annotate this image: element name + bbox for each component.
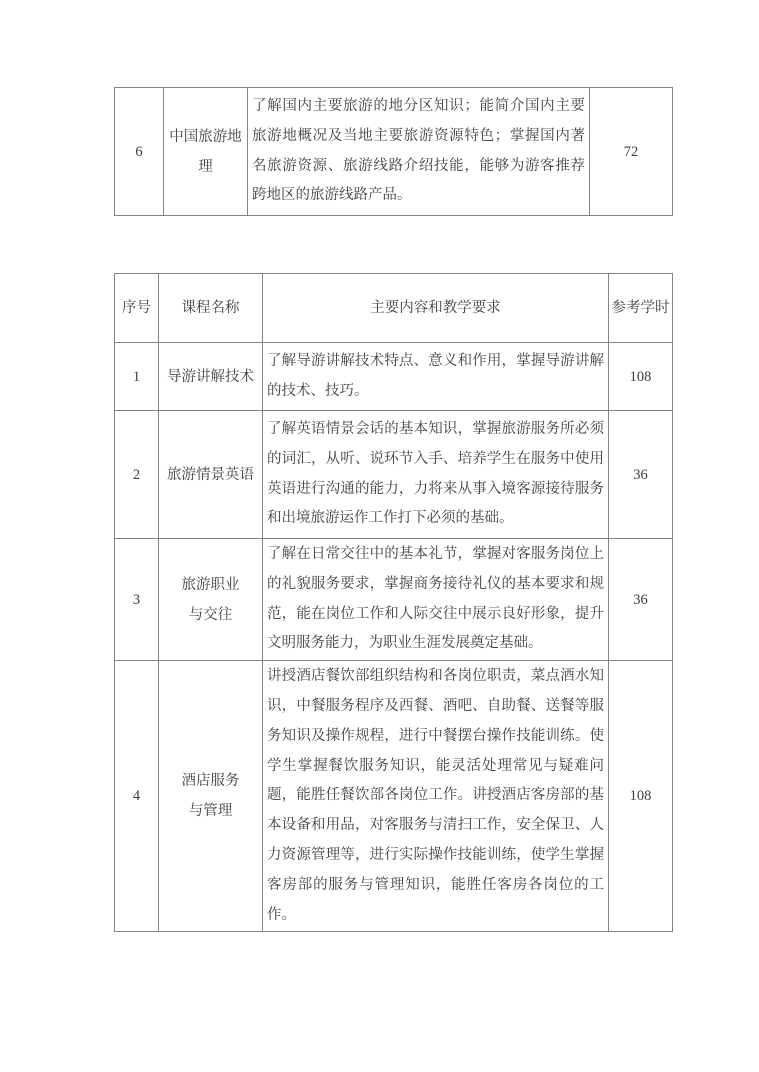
course-hours: 108 bbox=[609, 343, 673, 411]
course-no: 3 bbox=[115, 539, 159, 661]
header-content: 主要内容和教学要求 bbox=[263, 274, 609, 343]
document-page: 6 中国旅游地理 了解国内主要旅游的地分区知识；能简介国内主要旅游地概况及当地主… bbox=[0, 0, 759, 1072]
course-table: 序号 课程名称 主要内容和教学要求 参考学时 1 导游讲解技术 了解导游讲解技术… bbox=[114, 273, 673, 932]
course-hours: 72 bbox=[590, 88, 673, 216]
table-row: 2 旅游情景英语 了解英语情景会话的基本知识，掌握旅游服务所必须的词汇，从听、说… bbox=[115, 411, 673, 539]
header-course-name: 课程名称 bbox=[159, 274, 263, 343]
course-hours: 108 bbox=[609, 661, 673, 932]
course-content: 了解在日常交往中的基本礼节，掌握对客服务岗位上的礼貌服务要求，掌握商务接待礼仪的… bbox=[263, 539, 609, 661]
table-row: 3 旅游职业 与交往 了解在日常交往中的基本礼节，掌握对客服务岗位上的礼貌服务要… bbox=[115, 539, 673, 661]
course-content: 讲授酒店餐饮部组织结构和各岗位职责，菜点酒水知识，中餐服务程序及西餐、酒吧、自助… bbox=[263, 661, 609, 932]
course-no: 4 bbox=[115, 661, 159, 932]
table-row: 6 中国旅游地理 了解国内主要旅游的地分区知识；能简介国内主要旅游地概况及当地主… bbox=[115, 88, 673, 216]
course-hours: 36 bbox=[609, 411, 673, 539]
course-name: 中国旅游地理 bbox=[164, 88, 248, 216]
course-hours: 36 bbox=[609, 539, 673, 661]
course-name: 旅游情景英语 bbox=[159, 411, 263, 539]
course-table-continuation: 6 中国旅游地理 了解国内主要旅游的地分区知识；能简介国内主要旅游地概况及当地主… bbox=[114, 87, 673, 216]
header-hours: 参考学时 bbox=[609, 274, 673, 343]
course-name: 旅游职业 与交往 bbox=[159, 539, 263, 661]
course-content: 了解国内主要旅游的地分区知识；能简介国内主要旅游地概况及当地主要旅游资源特色；掌… bbox=[248, 88, 590, 216]
course-content: 了解导游讲解技术特点、意义和作用，掌握导游讲解的技术、技巧。 bbox=[263, 343, 609, 411]
course-content: 了解英语情景会话的基本知识，掌握旅游服务所必须的词汇，从听、说环节入手、培养学生… bbox=[263, 411, 609, 539]
table-row: 1 导游讲解技术 了解导游讲解技术特点、意义和作用，掌握导游讲解的技术、技巧。 … bbox=[115, 343, 673, 411]
header-no: 序号 bbox=[115, 274, 159, 343]
course-no: 1 bbox=[115, 343, 159, 411]
table-row: 4 酒店服务 与管理 讲授酒店餐饮部组织结构和各岗位职责，菜点酒水知识，中餐服务… bbox=[115, 661, 673, 932]
course-no: 2 bbox=[115, 411, 159, 539]
course-name: 导游讲解技术 bbox=[159, 343, 263, 411]
course-no: 6 bbox=[115, 88, 164, 216]
table-header-row: 序号 课程名称 主要内容和教学要求 参考学时 bbox=[115, 274, 673, 343]
course-name: 酒店服务 与管理 bbox=[159, 661, 263, 932]
